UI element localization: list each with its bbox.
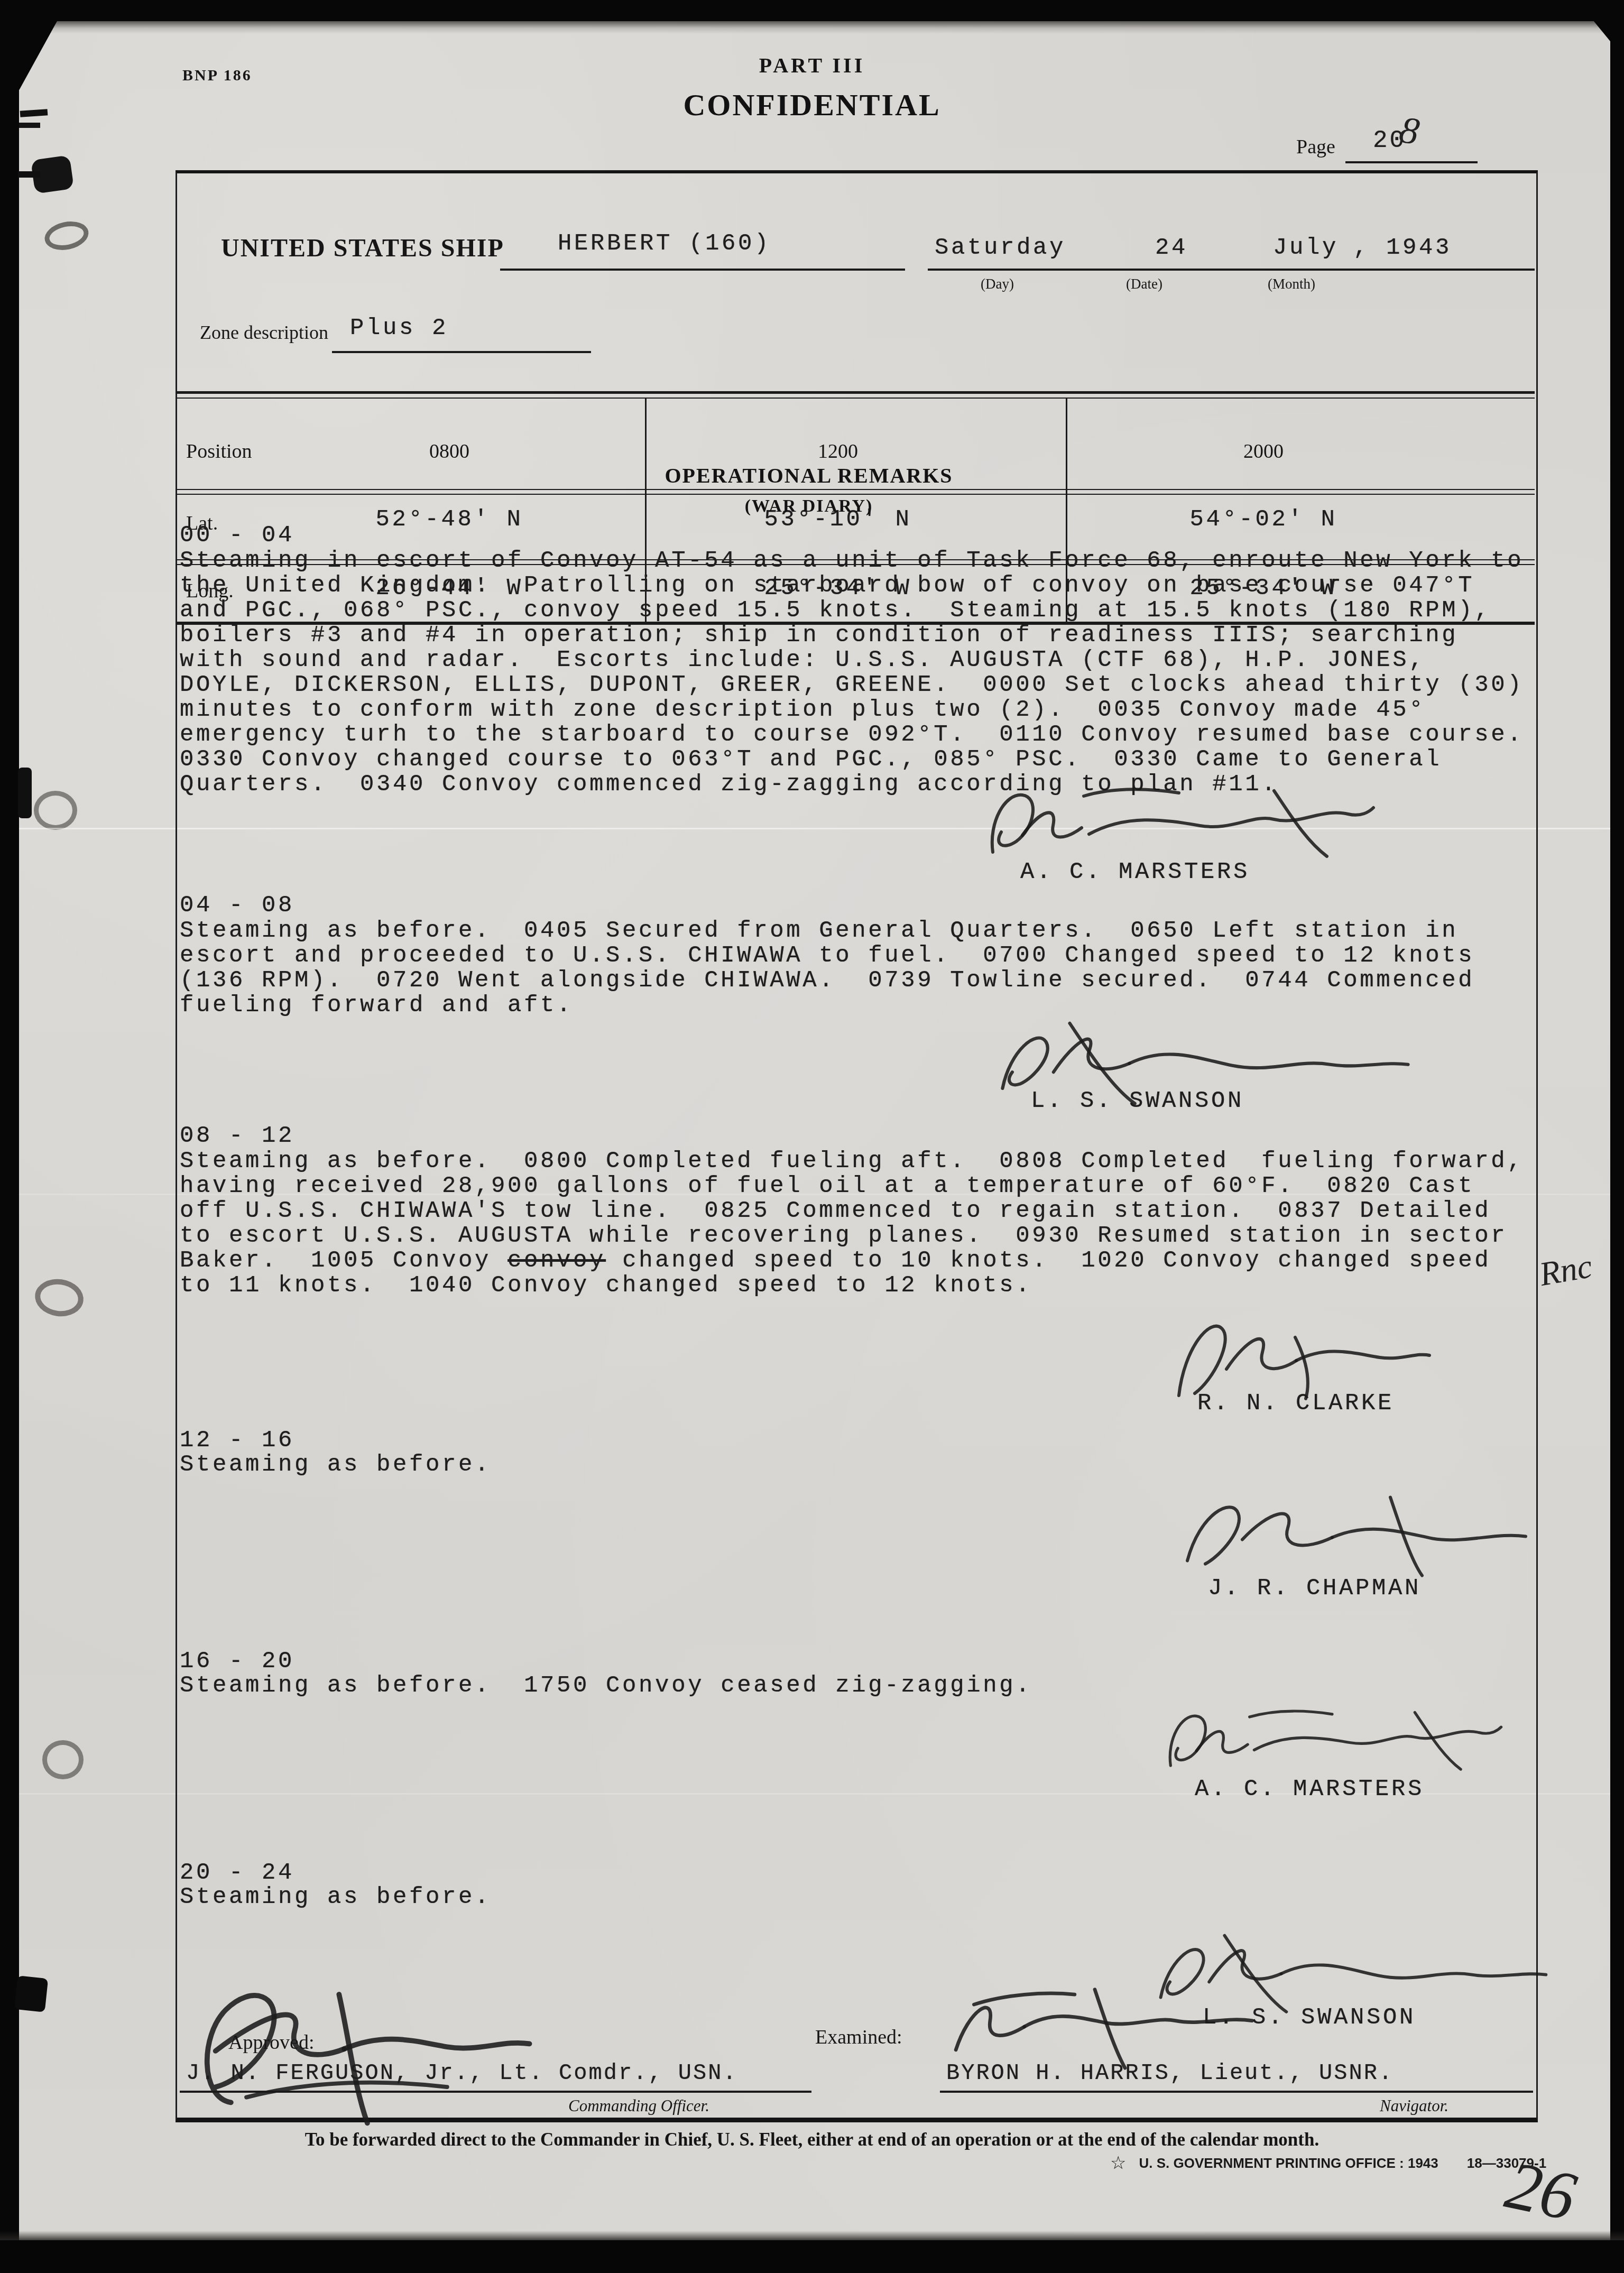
gpo-line: ☆ U. S. GOVERNMENT PRINTING OFFICE : 194…: [1110, 2152, 1546, 2174]
page-label: Page: [1296, 135, 1335, 159]
remarks-title: OPERATIONAL REMARKS: [545, 463, 1073, 488]
month-caption: (Month): [1268, 276, 1315, 292]
lat-2000: 54°-02' N: [1089, 506, 1438, 533]
table-rule: [176, 398, 1535, 399]
examined-label: Examined:: [815, 2026, 902, 2049]
entry-time: 16 - 20: [180, 1648, 294, 1675]
examined-name: BYRON H. HARRIS, Lieut., USNR.: [946, 2061, 1394, 2086]
table-corner-label: Position: [186, 440, 252, 463]
entry-time: 00 - 04: [180, 522, 294, 549]
approved-name: J. N. FERGUSON, Jr., Lt. Comdr., USN.: [186, 2061, 738, 2086]
approved-underline: [180, 2091, 811, 2093]
entry-time: 04 - 08: [180, 892, 294, 919]
day-value: Saturday: [935, 235, 1066, 261]
table-header-1200: 1200: [663, 440, 1012, 463]
classification-label: CONFIDENTIAL: [548, 87, 1076, 123]
entry-text: Steaming as before. 0800 Completed fueli…: [180, 1149, 1533, 1298]
binder-hole: [42, 1740, 84, 1779]
zone-value: Plus 2: [350, 315, 448, 341]
approved-title: Commanding Officer.: [568, 2096, 709, 2115]
remarks-subtitle: (WAR DIARY): [545, 496, 1073, 516]
gpo-text: U. S. GOVERNMENT PRINTING OFFICE : 1943: [1139, 2155, 1438, 2172]
entry-text: Steaming as before. 1750 Convoy ceased z…: [180, 1674, 1533, 1698]
signature-name: J. R. CHAPMAN: [1208, 1575, 1421, 1602]
remarks-heading: OPERATIONAL REMARKS (WAR DIARY): [545, 463, 1073, 516]
zone-label: Zone description: [200, 321, 328, 344]
date-underline: [928, 269, 1535, 271]
signature-name: A. C. MARSTERS: [1195, 1776, 1424, 1803]
entry-text: Steaming in escort of Convoy AT-54 as a …: [180, 549, 1533, 797]
form-stamp: BNP 186: [182, 67, 252, 85]
binder-mark: [14, 1975, 48, 2012]
scan-border-right: [1610, 0, 1624, 2273]
year-value: , 1943: [1353, 235, 1452, 261]
binder-mark: [18, 768, 32, 818]
signature-name: L. S. SWANSON: [1031, 1088, 1244, 1114]
entry-text: Steaming as before.: [180, 1453, 1533, 1477]
signature-script-marsters: [973, 777, 1385, 872]
ship-name-underline: [500, 269, 905, 271]
star-icon: ☆: [1110, 2152, 1126, 2174]
forwarding-note: To be forwarded direct to the Commander …: [188, 2129, 1436, 2150]
part-heading: PART III CONFIDENTIAL: [548, 53, 1076, 123]
month-value: July: [1273, 235, 1339, 261]
signature-script-chapman: [1168, 1480, 1538, 1583]
entry-time: 12 - 16: [180, 1427, 294, 1454]
scan-border-bottom-edge: [0, 2231, 1624, 2240]
scanned-war-diary-page: BNP 186 PART III CONFIDENTIAL Page 20 8 …: [0, 0, 1624, 2273]
table-rule: [176, 391, 1535, 394]
scan-border-top-edge: [0, 21, 1624, 34]
entry-text: Steaming as before. 0405 Secured from Ge…: [180, 919, 1533, 1018]
ship-label: UNITED STATES SHIP: [221, 234, 504, 263]
table-header-0800: 0800: [275, 440, 624, 463]
entry-text: Steaming as before.: [180, 1885, 1533, 1910]
date-caption: (Date): [1126, 276, 1162, 292]
approved-label: Approved:: [228, 2031, 315, 2054]
scan-border-bottom: [0, 2240, 1624, 2273]
date-value: 24: [1155, 235, 1188, 261]
entry-time: 08 - 12: [180, 1123, 294, 1149]
struck-word: convoy: [508, 1248, 606, 1274]
binder-clip-stem: [18, 171, 40, 178]
ship-name-value: HERBERT (160): [558, 230, 771, 257]
signature-name: R. N. CLARKE: [1197, 1390, 1394, 1417]
binder-hole: [34, 791, 77, 830]
binder-mark: [19, 123, 40, 128]
zone-underline: [332, 351, 591, 353]
examined-title: Navigator.: [1380, 2096, 1448, 2115]
scan-border-left: [0, 0, 19, 2273]
part-label: PART III: [548, 53, 1076, 78]
page-underline: [1345, 161, 1478, 163]
entry-time: 20 - 24: [180, 1860, 294, 1886]
signature-name: A. C. MARSTERS: [1020, 859, 1250, 885]
examined-underline: [940, 2091, 1533, 2093]
signature-script-ferguson: [169, 1972, 560, 2130]
day-caption: (Day): [981, 276, 1014, 292]
scan-border-top: [0, 0, 1624, 21]
signature-script-marsters: [1158, 1699, 1507, 1784]
table-header-2000: 2000: [1089, 440, 1438, 463]
